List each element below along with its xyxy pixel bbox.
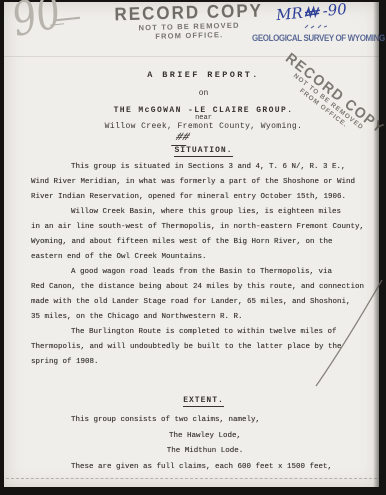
handwritten-file-code: MR -90 [275,0,347,24]
scanned-document: 90 RECORD COPY NOT TO BE REMOVED FROM OF… [0,0,386,495]
section-heading-text: EXTENT. [183,396,224,407]
section-heading-extent: EXTENT. [31,396,376,405]
typed-line: Wind River Meridian, in what was formerl… [31,175,379,190]
typed-line: This group is situated in Sections 3 and… [31,160,379,175]
typed-line: in an air line south-west of Thermopolis… [31,220,379,235]
handwritten-page-number: 90 [8,0,65,43]
page-edge-line [6,478,377,479]
section-heading-situation: SITUATION. [31,146,376,155]
section-heading-text: SITUATION. [174,146,232,157]
extent-paragraphs: This group consists of two claims, namel… [31,413,379,475]
typed-line: Wyoming, and about fifteen miles west of… [31,235,379,250]
typed-line: This group consists of two claims, namel… [31,413,379,429]
typed-line: The Hawley Lode, [31,429,379,445]
handwritten-hash-mark: ## [171,133,192,146]
typed-line: The Midthun Lode. [31,444,379,460]
file-code-suffix: -90 [322,0,348,20]
typed-line: Willow Creek Basin, where this group lie… [31,205,379,220]
page-edge-shadow [373,2,379,487]
typed-line: River Indian Reservation, opened for min… [31,190,379,205]
typed-line: eastern end of the Owl Creek Mountains. [31,250,379,265]
report-location: Willow Creek, Fremont County, Wyoming. [31,122,376,131]
small-scribble-icon [304,23,328,30]
fold-line [4,56,379,57]
ink-scribble-icon [302,5,323,20]
page: 90 RECORD COPY NOT TO BE REMOVED FROM OF… [4,2,379,487]
file-code-prefix: MR [275,4,303,24]
record-copy-stamp-title: RECORD COPY [110,1,268,24]
geological-survey-stamp: GEOLOGICAL SURVEY OF WYOMING [252,33,380,43]
record-copy-stamp: RECORD COPY NOT TO BE REMOVED FROM OFFIC… [110,2,269,43]
typed-line: These are given as full claims, each 600… [31,460,379,476]
